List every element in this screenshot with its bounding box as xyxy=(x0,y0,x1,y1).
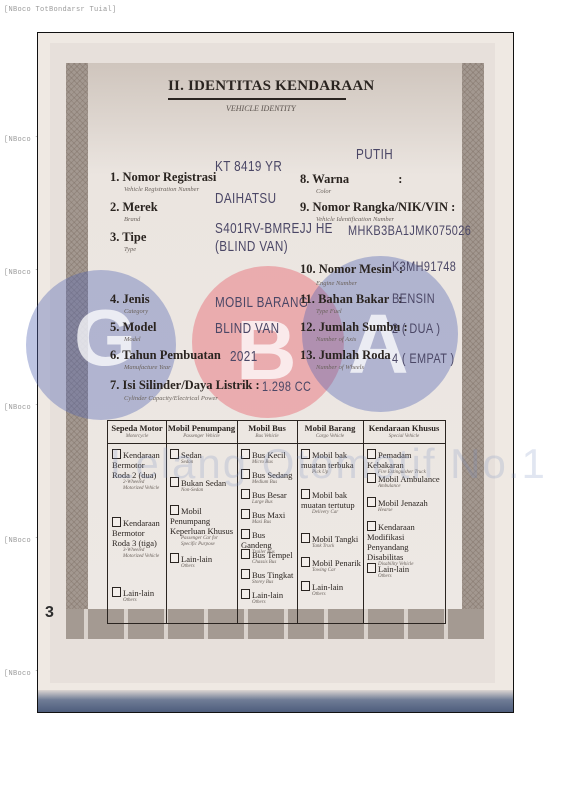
checkbox[interactable] xyxy=(170,505,179,515)
field-sub-fuel: Type Fuel xyxy=(316,308,342,315)
checkbox[interactable] xyxy=(112,587,121,597)
field-label-cylinder: 7. Isi Silinder/Daya Listrik : xyxy=(110,378,260,393)
field-sub-year: Manufacture Year xyxy=(124,364,171,371)
value-year: 2021 xyxy=(230,348,258,365)
option-bus-tingkat[interactable]: Bus TingkatStorey Bus xyxy=(241,569,293,586)
option-bus-maxi[interactable]: Bus MaxiMaxi Bus xyxy=(241,509,285,526)
option-bak-tertutup[interactable]: Mobil bak muatan tertutupDelivery Car xyxy=(301,489,361,516)
option-jenazah[interactable]: Mobil JenazahHearse xyxy=(367,497,443,514)
option-penarik[interactable]: Mobil PenarikTowing Car xyxy=(301,557,361,574)
value-vin: MHKB3BA1JMK075026 xyxy=(348,222,471,238)
column-header: Sepeda Motor xyxy=(108,423,166,433)
column-header: Mobil Barang xyxy=(297,423,363,433)
checkbox[interactable] xyxy=(301,533,310,543)
checkbox[interactable] xyxy=(241,529,250,539)
option-lain-lain[interactable]: Lain-lainOthers xyxy=(301,581,361,598)
checkbox[interactable] xyxy=(241,569,250,579)
value-axis: 2 ( DUA ) xyxy=(392,320,440,336)
column-header-en: Motorcycle xyxy=(108,434,166,439)
value-type-line2: (BLIND VAN) xyxy=(215,238,288,255)
field-sub-color: Color xyxy=(316,188,331,195)
field-sub-category: Category xyxy=(124,308,148,315)
field-label-type: 3. Tipe xyxy=(110,230,146,245)
field-label-model: 5. Model xyxy=(110,320,157,335)
value-fuel: BENSIN xyxy=(392,290,435,306)
checkbox[interactable] xyxy=(301,489,310,499)
value-wheels: 4 ( EMPAT ) xyxy=(392,350,455,366)
column-header: Kendaraan Khusus xyxy=(363,423,445,433)
field-label-fuel: 11. Bahan Bakar : xyxy=(300,292,402,307)
checkbox[interactable] xyxy=(241,549,250,559)
field-sub-engine: Engine Number xyxy=(316,280,357,287)
column-header: Mobil Bus xyxy=(237,423,297,433)
checkbox[interactable] xyxy=(241,489,250,499)
field-sub-axis: Number of Axis xyxy=(316,336,356,343)
field-label-registration: 1. Nomor Registrasi xyxy=(110,170,216,185)
option-bus-besar[interactable]: Bus BesarLarge Bus xyxy=(241,489,287,506)
field-sub-wheels: Number of Wheels xyxy=(316,364,364,371)
checkbox[interactable] xyxy=(301,557,310,567)
field-sub-type: Type xyxy=(124,246,136,253)
field-label-category: 4. Jenis xyxy=(110,292,150,307)
field-sub-cylinder: Cylinder Capacity/Electrical Power xyxy=(124,395,218,402)
watermark-text: Lelang Otomotif No.1 xyxy=(110,440,547,488)
section-title: II. IDENTITAS KENDARAAN xyxy=(168,78,374,95)
option-modifikasi-disabilitas[interactable]: Kendaraan Modifikasi Penyandang Disabili… xyxy=(367,521,443,568)
title-underline xyxy=(168,98,346,100)
option-roda-3[interactable]: Kendaraan Bermotor Roda 3 (tiga)3-Wheele… xyxy=(112,517,164,560)
option-lain-lain[interactable]: Lain-lainOthers xyxy=(241,589,283,606)
scan-stamp: [NBoco TotBondarsr Tuial] xyxy=(4,6,117,14)
value-engine: K3MH91748 xyxy=(392,258,456,274)
option-lain-lain[interactable]: Lain-lainOthers xyxy=(112,587,164,604)
field-sub-model: Model xyxy=(124,336,141,343)
section-subtitle: VEHICLE IDENTITY xyxy=(226,104,296,113)
field-label-brand: 2. Merek xyxy=(110,200,158,215)
value-registration: KT 8419 YR xyxy=(215,158,282,175)
checkbox[interactable] xyxy=(367,497,376,507)
field-sub-registration: Vehicle Registration Number xyxy=(124,186,199,193)
field-label-vin: 9. Nomor Rangka/NIK/VIN : xyxy=(300,200,455,215)
checkbox[interactable] xyxy=(112,517,121,527)
checkbox[interactable] xyxy=(241,589,250,599)
column-header-en: Bus Vehicle xyxy=(237,434,297,439)
option-tangki[interactable]: Mobil TangkiTank Truck xyxy=(301,533,361,550)
column-header-en: Special Vehicle xyxy=(363,434,445,439)
field-label-color: 8. Warna : xyxy=(300,172,402,187)
checkbox[interactable] xyxy=(170,553,179,563)
value-cylinder: 1.298 CC xyxy=(262,378,311,394)
option-lain-lain[interactable]: Lain-lainOthers xyxy=(170,553,234,570)
checkbox[interactable] xyxy=(367,521,376,531)
value-model: BLIND VAN xyxy=(215,320,279,337)
column-header: Mobil Penumpang xyxy=(166,423,237,433)
field-sub-brand: Brand xyxy=(124,216,140,223)
value-category: MOBIL BARANG xyxy=(215,294,308,311)
watermark-letter-a: A xyxy=(348,296,409,393)
cover-edge xyxy=(38,690,513,712)
checkbox[interactable] xyxy=(367,563,376,573)
value-color: PUTIH xyxy=(356,146,393,163)
page-number: 3 xyxy=(45,604,54,622)
column-header-en: Cargo Vehicle xyxy=(297,434,363,439)
value-brand: DAIHATSU xyxy=(215,190,276,207)
option-keperluan-khusus[interactable]: Mobil Penumpang Keperluan KhususPassenge… xyxy=(170,505,234,548)
checkbox[interactable] xyxy=(241,509,250,519)
column-header-en: Passenger Vehicle xyxy=(166,434,237,439)
field-label-year: 6. Tahun Pembuatan xyxy=(110,348,221,363)
field-label-wheels: 13. Jumlah Roda xyxy=(300,348,391,363)
option-bus-tempel[interactable]: Bus TempelChassis Bus xyxy=(241,549,293,566)
field-label-engine: 10. Nomor Mesin : xyxy=(300,262,403,277)
checkbox[interactable] xyxy=(301,581,310,591)
option-lain-lain[interactable]: Lain-lainOthers xyxy=(367,563,443,580)
